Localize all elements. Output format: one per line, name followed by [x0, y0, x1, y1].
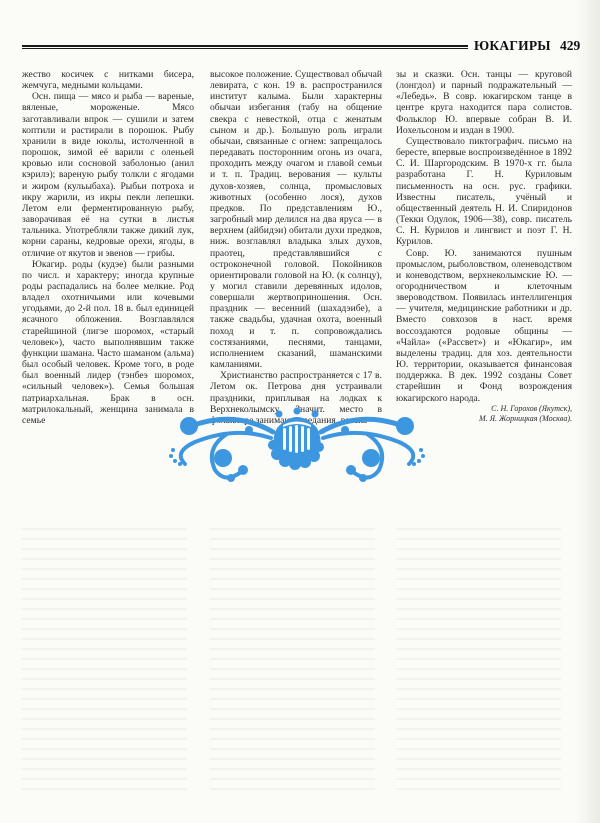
paragraph: Осн. пища — мясо и рыба — вареные, вялен… — [22, 91, 194, 258]
page-number: 429 — [560, 38, 580, 54]
show-through-text — [22, 520, 187, 790]
paragraph: Существовало пиктографич. письмо на бере… — [396, 136, 572, 248]
paragraph: Совр. Ю. занимаются пушным промыслом, ры… — [396, 248, 572, 404]
page-header: ЮКАГИРЫ 429 — [22, 38, 582, 58]
running-head: ЮКАГИРЫ — [474, 38, 551, 54]
text-column-2: высокое положение. Существовал обычай ле… — [210, 69, 382, 426]
header-rule — [22, 45, 468, 49]
show-through-text — [396, 520, 561, 790]
paragraph: высокое положение. Существовал обычай ле… — [210, 69, 382, 370]
text-column-3: зы и сказки. Осн. танцы — круговой (лонг… — [396, 69, 572, 424]
text-column-1: жество косичек с нитками бисера, жемчуга… — [22, 69, 194, 426]
floral-ornament-icon — [165, 398, 430, 490]
show-through-text — [210, 520, 375, 790]
paragraph: жество косичек с нитками бисера, жемчуга… — [22, 69, 194, 91]
paragraph: зы и сказки. Осн. танцы — круговой (лонг… — [396, 69, 572, 136]
page-edge-shadow — [576, 0, 600, 823]
